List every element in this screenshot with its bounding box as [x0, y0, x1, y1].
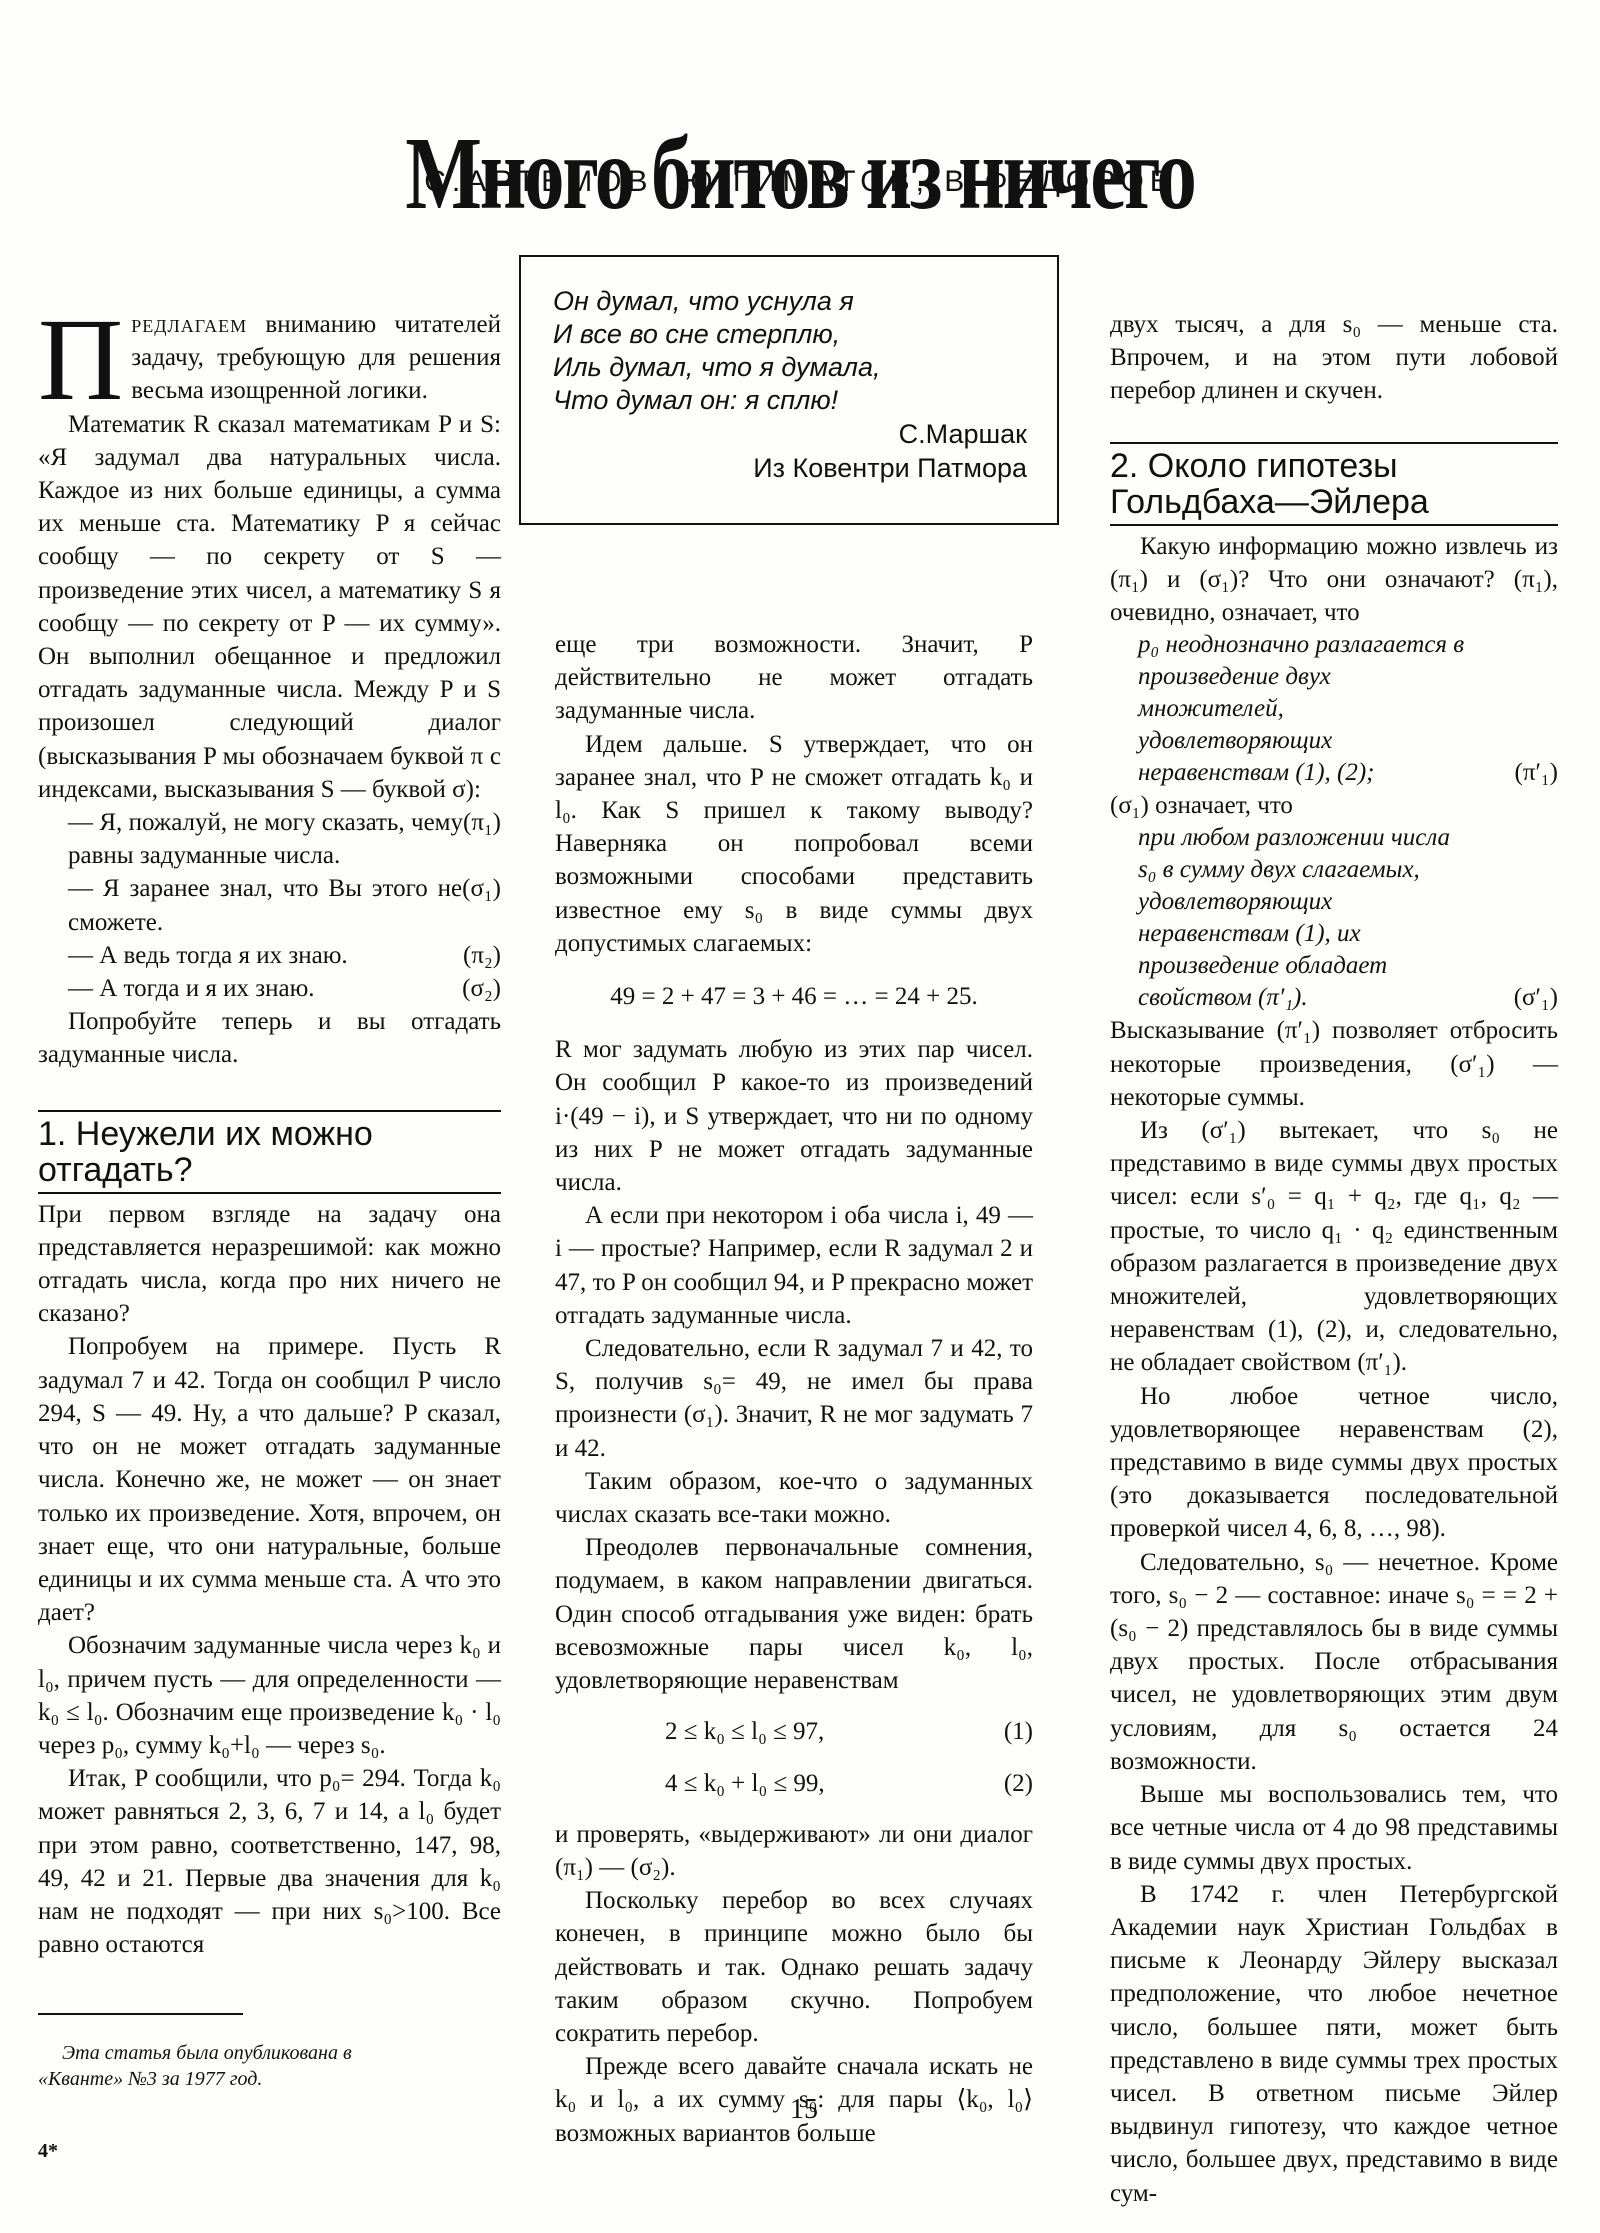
- column-3: двух тысяч, а для s₀ — меньше ста. Впроч…: [1110, 308, 1558, 2210]
- paragraph: Итак, P сообщили, что p₀= 294. Тогда k₀ …: [38, 1762, 501, 1961]
- paragraph: (σ₁) означает, что: [1110, 789, 1558, 822]
- paragraph: При первом взгляде на задачу она предста…: [38, 1198, 501, 1331]
- dialog-tag: (σ₂): [462, 972, 501, 1005]
- paragraph: еще три возможности. Значит, P действите…: [555, 628, 1033, 728]
- paragraph: Поскольку перебор во всех случаях конече…: [555, 1884, 1033, 2050]
- statement-tag: (π′₁): [1515, 756, 1558, 789]
- dialog-tag: (π₂): [463, 939, 501, 972]
- dialog-tag: (σ₁): [462, 872, 501, 938]
- epigraph-author: С.Маршак: [553, 417, 1027, 451]
- dialog-text: — А ведь тогда я их знаю.: [38, 939, 348, 972]
- epigraph-line: И все во сне стерплю,: [553, 318, 1027, 351]
- statement-sigma1-prime: при любом разложении числа s₀ в сумму дв…: [1110, 822, 1558, 1014]
- footnote-line: Эта статья была опубликована в: [38, 2040, 458, 2066]
- dialog-text: — Я заранее знал, что Вы этого не сможет…: [38, 872, 462, 938]
- inequality-2: 4 ≤ k₀ + l₀ ≤ 99,(2): [555, 1767, 1033, 1800]
- dialog-line: — Я, пожалуй, не могу сказать, чему равн…: [38, 806, 501, 872]
- paragraph: В 1742 г. член Петербургской Академии на…: [1110, 1878, 1558, 2210]
- paragraph: Выше мы воспользовались тем, что все чет…: [1110, 1778, 1558, 1878]
- paragraph: Из (σ′₁) вытекает, что s₀ не представимо…: [1110, 1114, 1558, 1380]
- paragraph: R мог задумать любую из этих пар чисел. …: [555, 1033, 1033, 1199]
- epigraph-box: Он думал, что уснула я И все во сне стер…: [519, 255, 1059, 525]
- drop-cap: П: [38, 314, 123, 406]
- paragraph: Но любое четное число, удовлетворяющее н…: [1110, 1380, 1558, 1546]
- paragraph: Попробуйте теперь и вы отгадать задуманн…: [38, 1005, 501, 1071]
- inequality-text: 2 ≤ k₀ ≤ l₀ ≤ 97,: [665, 1715, 824, 1748]
- section-heading-2: 2. Около гипотезы Гольдбаха—Эйлера: [1110, 442, 1558, 526]
- paragraph: А если при некотором i оба числа i, 49 —…: [555, 1199, 1033, 1332]
- paragraph: Высказывание (π′₁) позволяет отбросить н…: [1110, 1014, 1558, 1114]
- paragraph: Следовательно, s₀ — нечетное. Кроме того…: [1110, 1546, 1558, 1778]
- paragraph: и проверять, «выдерживают» ли они диалог…: [555, 1818, 1033, 1884]
- article-authors: С.АРТЕМОВ, Ю.ГИМАТОВ, В.ФЕДОРОВ: [0, 165, 1600, 199]
- paragraph: двух тысяч, а для s₀ — меньше ста. Впроч…: [1110, 308, 1558, 408]
- footnote-line: «Кванте» №3 за 1977 год.: [38, 2066, 458, 2092]
- inequality-1: 2 ≤ k₀ ≤ l₀ ≤ 97,(1): [555, 1715, 1033, 1748]
- dialog-tag: (π₁): [463, 806, 501, 872]
- statement-pi1-prime: p₀ неоднозначно разлагается в произведен…: [1110, 629, 1558, 789]
- dialog-text: — А тогда и я их знаю.: [38, 972, 315, 1005]
- statement-text: p₀ неоднозначно разлагается в произведен…: [1110, 629, 1468, 789]
- statement-tag: (σ′₁): [1514, 981, 1558, 1014]
- epigraph-line: Что думал он: я сплю!: [553, 384, 1027, 417]
- paragraph: Математик R сказал математикам P и S: «Я…: [38, 408, 501, 806]
- paragraph: Обозначим задуманные числа через k₀ и l₀…: [38, 1629, 501, 1762]
- intro-paragraph: Предлагаем вниманию читателей задачу, тр…: [38, 308, 501, 408]
- paragraph: Идем дальше. S утверждает, что он заране…: [555, 728, 1033, 960]
- dialog-line: — А ведь тогда я их знаю.(π₂): [38, 939, 501, 972]
- epigraph-line: Иль думал, что я думала,: [553, 351, 1027, 384]
- dialog-text: — Я, пожалуй, не могу сказать, чему равн…: [38, 806, 463, 872]
- footnote: Эта статья была опубликована в «Кванте» …: [38, 2040, 458, 2092]
- epigraph-line: Он думал, что уснула я: [553, 285, 1027, 318]
- paragraph: Преодолев первоначальные сомнения, подум…: [555, 1531, 1033, 1697]
- paragraph: Какую информацию можно извлечь из (π₁) и…: [1110, 530, 1558, 630]
- intro-caps: редлагаем: [131, 311, 247, 338]
- inequality-text: 4 ≤ k₀ + l₀ ≤ 99,: [665, 1767, 825, 1800]
- column-1: Предлагаем вниманию читателей задачу, тр…: [38, 308, 501, 1961]
- section-heading-1: 1. Неужели их можно отгадать?: [38, 1110, 501, 1194]
- epigraph-source: Из Ковентри Патмора: [553, 451, 1027, 485]
- equation-number: (1): [1004, 1715, 1033, 1748]
- formula: 49 = 2 + 47 = 3 + 46 = … = 24 + 25.: [555, 980, 1033, 1013]
- footnote-rule: [38, 2013, 243, 2015]
- paragraph: Следовательно, если R задумал 7 и 42, то…: [555, 1332, 1033, 1465]
- dialog-line: — А тогда и я их знаю.(σ₂): [38, 972, 501, 1005]
- paragraph: Таким образом, кое-что о задуманных числ…: [555, 1465, 1033, 1531]
- column-2: еще три возможности. Значит, P действите…: [555, 628, 1033, 2150]
- signature-mark: 4*: [38, 2140, 58, 2163]
- statement-text: при любом разложении числа s₀ в сумму дв…: [1110, 822, 1468, 1014]
- equation-number: (2): [1004, 1767, 1033, 1800]
- dialog-line: — Я заранее знал, что Вы этого не сможет…: [38, 872, 501, 938]
- page-number: 15: [790, 2094, 818, 2126]
- paragraph: Попробуем на примере. Пусть R задумал 7 …: [38, 1330, 501, 1629]
